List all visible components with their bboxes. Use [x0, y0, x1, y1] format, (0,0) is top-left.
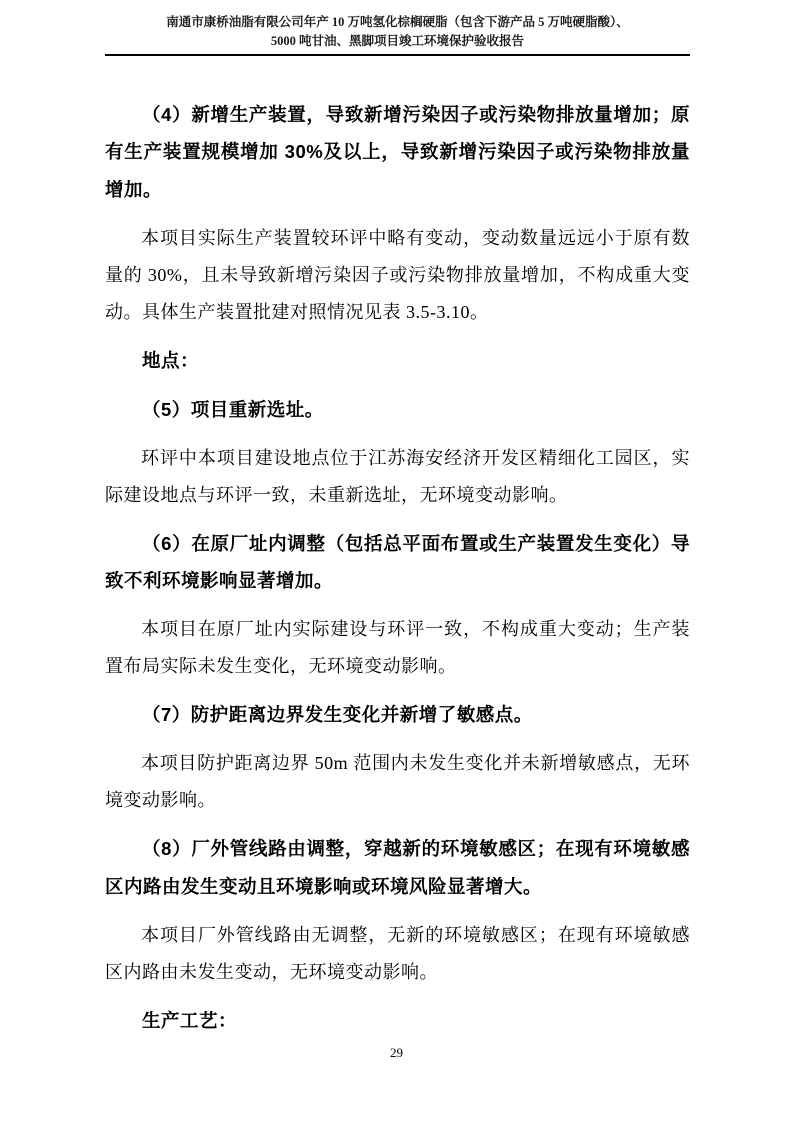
heading-item-6: （6）在原厂址内调整（包括总平面布置或生产装置发生变化）导致不利环境影响显著增加… [105, 525, 690, 601]
heading-item-4: （4）新增生产装置，导致新增污染因子或污染物排放量增加；原有生产装置规模增加 3… [105, 96, 690, 210]
header-title-line-1: 南通市康桥油脂有限公司年产 10 万吨氢化棕榈硬脂（包含下游产品 5 万吨硬脂酸… [105, 13, 690, 32]
header-title-line-2: 5000 吨甘油、黑脚项目竣工环境保护验收报告 [105, 32, 690, 51]
page-footer: 29 [0, 1045, 793, 1061]
header-divider [105, 54, 690, 56]
paragraph-item-8-response: 本项目厂外管线路由无调整，无新的环境敏感区；在现有环境敏感区内路由未发生变动，无… [105, 917, 690, 991]
heading-location: 地点： [105, 342, 690, 380]
heading-item-7: （7）防护距离边界发生变化并新增了敏感点。 [105, 696, 690, 734]
heading-production-process: 生产工艺： [105, 1002, 690, 1040]
heading-item-8: （8）厂外管线路由调整，穿越新的环境敏感区；在现有环境敏感区内路由发生变动且环境… [105, 830, 690, 906]
paragraph-item-6-response: 本项目在原厂址内实际建设与环评一致，不构成重大变动；生产装置布局实际未发生变化，… [105, 611, 690, 685]
document-body: （4）新增生产装置，导致新增污染因子或污染物排放量增加；原有生产装置规模增加 3… [105, 96, 690, 1040]
page-header: 南通市康桥油脂有限公司年产 10 万吨氢化棕榈硬脂（包含下游产品 5 万吨硬脂酸… [105, 0, 690, 51]
paragraph-item-7-response: 本项目防护距离边界 50m 范围内未发生变化并未新增敏感点，无环境变动影响。 [105, 745, 690, 819]
paragraph-item-5-response: 环评中本项目建设地点位于江苏海安经济开发区精细化工园区，实际建设地点与环评一致，… [105, 440, 690, 514]
document-page: 南通市康桥油脂有限公司年产 10 万吨氢化棕榈硬脂（包含下游产品 5 万吨硬脂酸… [0, 0, 793, 1122]
page-number: 29 [390, 1045, 403, 1060]
paragraph-item-4-response: 本项目实际生产装置较环评中略有变动，变动数量远远小于原有数量的 30%，且未导致… [105, 220, 690, 331]
heading-item-5: （5）项目重新选址。 [105, 391, 690, 429]
